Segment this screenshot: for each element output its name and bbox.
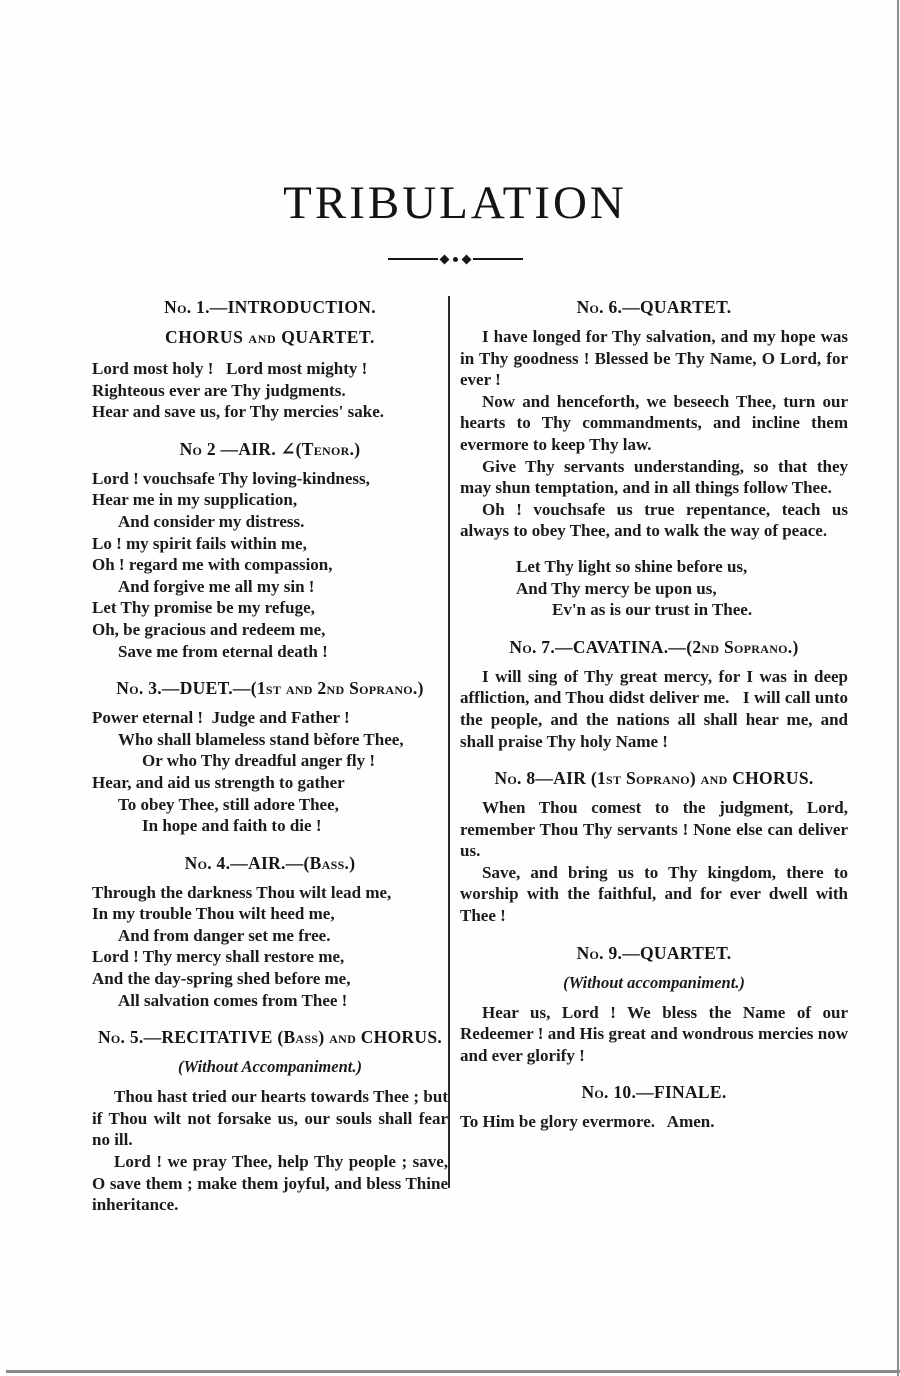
diamond-icon (461, 254, 471, 264)
section-heading: No. 5.—RECITATIVE (Bass) and CHORUS. (92, 1026, 448, 1049)
section-heading: No. 8—AIR (1st Soprano) and CHORUS. (460, 767, 848, 790)
verse-line: And Thy mercy be upon us, (516, 578, 848, 600)
section-no-7: No. 7.—CAVATINA.—(2nd Soprano.) I will s… (460, 636, 848, 752)
section-no-1: No. 1.—INTRODUCTION. CHORUS and QUARTET.… (92, 296, 448, 423)
page-title: TRIBULATION (0, 176, 900, 230)
verse-line: Through the darkness Thou wilt lead me, (92, 882, 448, 904)
verse-line: Hear and save us, for Thy mercies' sake. (92, 401, 448, 423)
text-columns: No. 1.—INTRODUCTION. CHORUS and QUARTET.… (92, 296, 848, 1216)
rule-line-icon (388, 258, 438, 260)
section-subheading: CHORUS and QUARTET. (92, 326, 448, 349)
section-heading: No 2 —AIR. ∠(Tenor.) (92, 438, 448, 461)
dot-icon (453, 257, 458, 262)
verse-line: And the day-spring shed before me, (92, 968, 448, 990)
section-heading: No. 9.—QUARTET. (460, 942, 848, 965)
verse-line: Who shall blameless stand bèfore Thee, (92, 729, 448, 751)
verse-line: Save me from eternal death ! (92, 641, 448, 663)
verse-line: In my trouble Thou wilt heed me, (92, 903, 448, 925)
verse-line: Let Thy promise be my refuge, (92, 597, 448, 619)
section-no-8: No. 8—AIR (1st Soprano) and CHORUS. When… (460, 767, 848, 927)
section-heading: No. 1.—INTRODUCTION. (92, 296, 448, 319)
verse-line: And consider my distress. (92, 511, 448, 533)
section-heading: No. 3.—DUET.—(1st and 2nd Soprano.) (92, 677, 448, 700)
prose-paragraph: I will sing of Thy great mercy, for I wa… (460, 666, 848, 752)
verse-line: Oh, be gracious and redeem me, (92, 619, 448, 641)
scan-edge-bottom (6, 1370, 900, 1373)
scan-edge-right (897, 0, 899, 1376)
verse-line: Ev'n as is our trust in Thee. (516, 599, 848, 621)
prose-paragraph: Give Thy servants understanding, so that… (460, 456, 848, 499)
section-no-4: No. 4.—AIR.—(Bass.) Through the darkness… (92, 852, 448, 1012)
prose-paragraph: Hear us, Lord ! We bless the Name of our… (460, 1002, 848, 1067)
verse-line: Lord ! Thy mercy shall restore me, (92, 946, 448, 968)
section-note: (Without Accompaniment.) (92, 1056, 448, 1078)
prose-paragraph: Oh ! vouchsafe us true repentance, teach… (460, 499, 848, 542)
ornament-divider (0, 252, 900, 266)
prose-paragraph: Save, and bring us to Thy kingdom, there… (460, 862, 848, 927)
verse-line: Power eternal ! Judge and Father ! (92, 707, 448, 729)
section-no-10: No. 10.—FINALE. To Him be glory evermore… (460, 1081, 848, 1133)
verse-line: Righteous ever are Thy judgments. (92, 380, 448, 402)
prose-paragraph: Thou hast tried our hearts towards Thee … (92, 1086, 448, 1151)
verse-line: Hear, and aid us strength to gather (92, 772, 448, 794)
section-no-6: No. 6.—QUARTET. I have longed for Thy sa… (460, 296, 848, 621)
verse-line: In hope and faith to die ! (92, 815, 448, 837)
column-divider (448, 296, 450, 1188)
verse-line: All salvation comes from Thee ! (92, 990, 448, 1012)
verse-line: Oh ! regard me with compassion, (92, 554, 448, 576)
prose-paragraph: Now and henceforth, we beseech Thee, tur… (460, 391, 848, 456)
section-heading: No. 6.—QUARTET. (460, 296, 848, 319)
section-heading: No. 4.—AIR.—(Bass.) (92, 852, 448, 875)
prose-paragraph: To Him be glory evermore. Amen. (460, 1111, 848, 1133)
verse-block: Let Thy light so shine before us, And Th… (516, 556, 848, 621)
verse-line: Lo ! my spirit fails within me, (92, 533, 448, 555)
diamond-icon (439, 254, 449, 264)
right-column: No. 6.—QUARTET. I have longed for Thy sa… (460, 296, 848, 1133)
section-no-3: No. 3.—DUET.—(1st and 2nd Soprano.) Powe… (92, 677, 448, 837)
verse-line: To obey Thee, still adore Thee, (92, 794, 448, 816)
verse-line: Let Thy light so shine before us, (516, 556, 848, 578)
verse-line: Lord most holy ! Lord most mighty ! (92, 358, 448, 380)
section-heading: No. 10.—FINALE. (460, 1081, 848, 1104)
verse-line: Lord ! vouchsafe Thy loving-kindness, (92, 468, 448, 490)
prose-paragraph: I have longed for Thy salvation, and my … (460, 326, 848, 391)
prose-paragraph: Lord ! we pray Thee, help Thy people ; s… (92, 1151, 448, 1216)
section-note: (Without accompaniment.) (460, 972, 848, 994)
left-column: No. 1.—INTRODUCTION. CHORUS and QUARTET.… (92, 296, 448, 1216)
rule-line-icon (473, 258, 523, 260)
section-heading: No. 7.—CAVATINA.—(2nd Soprano.) (460, 636, 848, 659)
verse-line: And from danger set me free. (92, 925, 448, 947)
section-no-2: No 2 —AIR. ∠(Tenor.) Lord ! vouchsafe Th… (92, 438, 448, 662)
section-no-5: No. 5.—RECITATIVE (Bass) and CHORUS. (Wi… (92, 1026, 448, 1216)
verse-line: And forgive me all my sin ! (92, 576, 448, 598)
prose-paragraph: When Thou comest to the judgment, Lord, … (460, 797, 848, 862)
verse-line: Or who Thy dreadful anger fly ! (92, 750, 448, 772)
section-no-9: No. 9.—QUARTET. (Without accompaniment.)… (460, 942, 848, 1067)
verse-line: Hear me in my supplication, (92, 489, 448, 511)
scanned-page: TRIBULATION No. 1.—INTRODUCTION. CHORUS … (0, 0, 900, 1376)
